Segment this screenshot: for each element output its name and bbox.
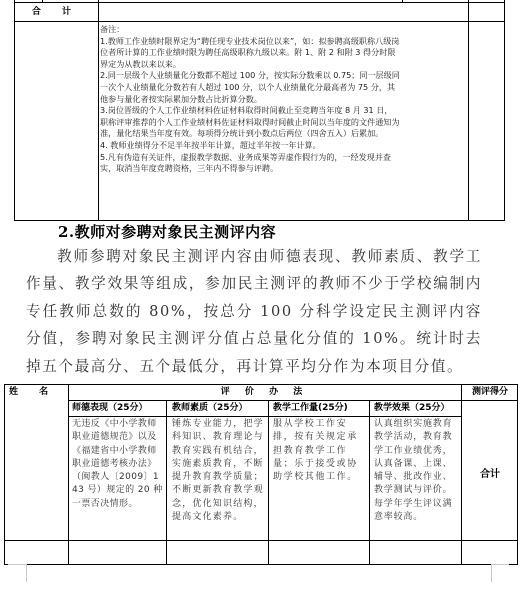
table-border <box>14 0 15 221</box>
column-header-workload: 教学工作量(25分) <box>273 402 348 415</box>
name-input-cell[interactable] <box>5 541 68 564</box>
column-header-effect: 教学效果（25分） <box>374 402 450 415</box>
table-border <box>68 416 461 417</box>
table-border <box>14 21 505 22</box>
crop-mark-right-h <box>491 564 509 565</box>
crop-mark-right-v <box>491 564 492 582</box>
crop-mark-left-v <box>26 564 27 582</box>
ethics-score-cell[interactable] <box>69 541 166 564</box>
table-border <box>98 0 99 221</box>
effect-score-cell[interactable] <box>370 541 461 564</box>
score-header: 测评得分 <box>462 386 518 399</box>
table-border <box>4 564 518 565</box>
effect-criteria: 认真组织实施教育教学活动，教育教学工作业绩优秀，认真备课、上课、辅导、批改作业、… <box>374 418 460 524</box>
quality-score-cell[interactable] <box>167 541 268 564</box>
table-border <box>14 2 505 3</box>
table-border <box>68 400 461 401</box>
section-paragraph: 教师参聘对象民主测评内容由师德表现、教师素质、教学工作量、教学效果等组成，参加民… <box>26 243 482 380</box>
note-item-3: 3.岗位晋级的个人工作业绩材料佐证材料取得时间截止至竞聘当年度 8 月 31 日… <box>100 105 400 140</box>
note-item-1: 1.教师工作业绩时限界定为“聘任现专业技术岗位以来”，如：拟参聘高级职称八级岗位… <box>100 36 400 71</box>
table-border <box>4 384 518 385</box>
ethics-criteria: 无违反《中小学教师职业道德规范》以及《福建省中小学教师职业道德考核办法》（闽教人… <box>72 418 164 511</box>
name-header: 姓 名 <box>9 386 57 399</box>
note-item-4: 4. 教师业绩得分不足半年按半年计算，超过半年按一年计算。 <box>100 140 400 152</box>
total-row-label: 合 计 <box>14 4 98 20</box>
table-border <box>504 0 505 221</box>
workload-score-cell[interactable] <box>269 541 369 564</box>
table-border <box>68 384 69 565</box>
table-border <box>468 0 469 221</box>
notes-title: 备注： <box>100 24 400 36</box>
note-item-2: 2.同一层级个人业绩量化分数都不超过 100 分，按实际分数乘以 0.75；同一… <box>100 70 400 105</box>
paragraph-text: 教师参聘对象民主测评内容由师德表现、教师素质、教学工作量、教学效果等组成，参加民… <box>26 248 482 375</box>
table-border <box>4 384 5 565</box>
workload-criteria: 服从学校工作安排，按有关规定承担教育教学工作量；乐于接受或协助学校其他工作。 <box>273 418 367 484</box>
table-border <box>461 400 518 401</box>
crop-mark-left-h <box>8 564 26 565</box>
section-heading: 2.教师对参聘对象民主测评内容 <box>58 221 276 242</box>
total-score-cell[interactable] <box>462 541 517 564</box>
column-header-ethics: 师德表现（25分） <box>72 402 148 415</box>
method-header: 评 价 办 法 <box>68 386 461 399</box>
column-header-quality: 教师素质（25分） <box>172 402 248 415</box>
note-item-5: 5.凡有伪造有关证件，虚报教学数据、业务成果等弄虚作假行为的，一经发现并查实，取… <box>100 152 400 175</box>
quality-criteria: 锤炼专业能力，把学科知识、教育理论与教育实践有机结合，实施素质教育，不断提升教育… <box>172 418 266 524</box>
notes-cell: 备注： 1.教师工作业绩时限界定为“聘任现专业技术岗位以来”，如：拟参聘高级职称… <box>100 24 400 175</box>
total-score-label: 合计 <box>462 468 518 481</box>
